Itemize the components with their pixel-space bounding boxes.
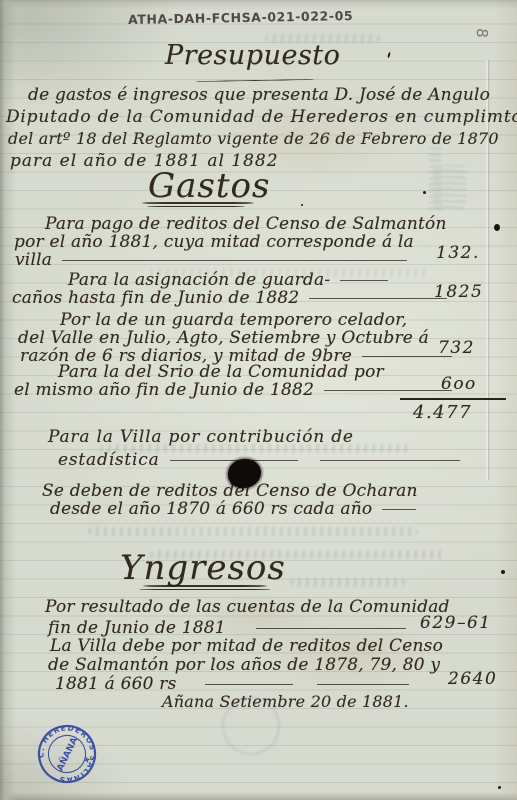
manuscript-line: de gastos é ingresos que presenta D. Jos… [28,85,490,105]
line-text: caños hasta fin de Junio de 1882 [12,288,299,308]
archival-reference-code: ATHA-DAH-FCHSA-021-022-05 [128,8,353,27]
section-heading-ingresos: Yngresos [120,548,286,588]
expense-item-amount: 132. [436,243,480,263]
note-line: Para la Villa por contribución de [48,427,354,447]
heading-underline [139,589,271,590]
manuscript-page: ATHA-DAH-FCHSA-021-022-05 8 Presupuesto … [0,0,517,800]
expense-item-line: caños hasta fin de Junio de 1882 [12,288,447,308]
line-text: fin de Junio de 1881 [48,618,226,638]
expense-item-line: el mismo año fin de Junio de 1882 [14,380,452,400]
income-item-line: de Salmantón por los años de 1878, 79, 8… [48,655,440,675]
expense-item-amount: 1825 [434,282,483,302]
dash-leader [320,459,460,461]
stamp-center-text: AÑANA [55,736,81,773]
ink-speck [498,786,501,789]
income-item-amount: 2640 [448,669,497,689]
income-item-amount: 629–61 [420,613,492,633]
bleed-through [290,578,405,587]
heading-underline [143,585,267,587]
line-text: Para la asignación de guarda- [68,270,330,290]
income-item-line: fin de Junio de 1881 [48,618,406,638]
ink-speck [301,204,303,206]
bleed-through [88,527,418,536]
manuscript-line: del artº 18 del Reglamto vigente de 26 d… [8,129,499,148]
income-item-line: 1881 á 660 rs [55,674,409,694]
expense-item-amount: 732 [438,338,475,358]
ink-speck [494,224,500,231]
expense-item-line: Para la del Srio de la Comunidad por [58,362,384,382]
total-rule [400,398,506,400]
dash-leader [324,389,452,391]
income-item-line: La Villa debe por mitad de reditos del C… [50,636,443,656]
dash-leader [317,683,409,685]
dash-leader [382,508,416,510]
line-text: el mismo año fin de Junio de 1882 [14,380,314,400]
dash-leader [309,297,447,299]
heading-underline [147,206,245,207]
note-line: desde el año 1870 á 660 rs cada año [50,499,416,519]
expense-item-line: villa [15,250,407,270]
line-text: estadística [58,450,160,470]
line-text: desde el año 1870 á 660 rs cada año [50,499,372,519]
expense-item-line: del Valle en Julio, Agto, Setiembre y Oc… [18,328,429,348]
expense-item-line: por el año 1881, cuya mitad corresponde … [14,232,414,252]
title-flourish-line [196,79,314,82]
dash-leader [340,279,388,281]
gastos-total: 4.477 [413,402,472,423]
section-heading-gastos: Gastos [148,166,270,206]
dash-leader [62,259,407,261]
dateline: Añana Setiembre 20 de 1881. [162,692,409,711]
line-text: villa [15,250,52,270]
expense-item-amount: 6oo [441,374,477,394]
income-item-line: Por resultado de las cuentas de la Comun… [45,597,450,617]
ink-speck [501,570,505,574]
expense-item-line: Por la de un guarda temporero celador, [60,310,407,330]
dash-leader [205,683,293,685]
community-stamp: C. HEREDEROS SALINAS AÑANA ✚ [16,703,118,800]
heading-underline [142,202,254,204]
dash-leader [170,459,298,461]
note-line: Se deben de reditos del Censo de Ocharan [42,481,418,501]
bleed-through [433,165,467,209]
expense-item-line: Para pago de reditos del Censo de Salman… [45,214,447,234]
dash-leader [256,627,406,629]
manuscript-line: Diputado de la Comunidad de Herederos en… [6,107,517,127]
document-title: Presupuesto [165,40,325,71]
ink-speck [423,191,426,194]
ink-mark [387,52,390,58]
folio-number: 8 [472,27,491,38]
expense-item-line: Para la asignación de guarda- [68,270,388,290]
line-text: 1881 á 660 rs [55,674,177,694]
